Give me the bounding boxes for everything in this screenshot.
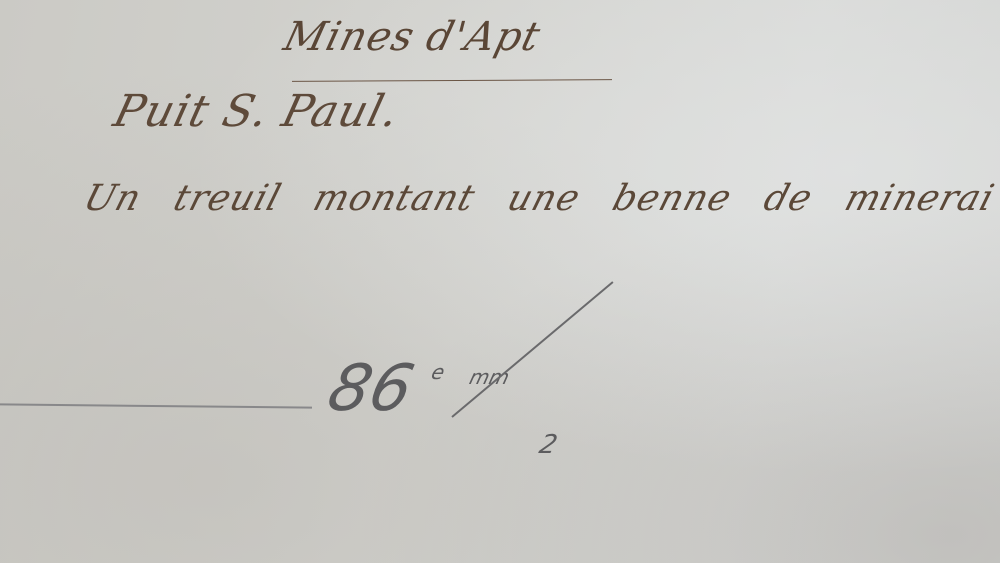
paper-background <box>0 0 1000 563</box>
subtitle-puit-s-paul: Puit S. Paul. <box>109 86 405 137</box>
title-mines-d-apt: Mines d'Apt <box>279 14 545 60</box>
caption-text: Un treuil montant une benne de minerai <box>79 178 999 219</box>
